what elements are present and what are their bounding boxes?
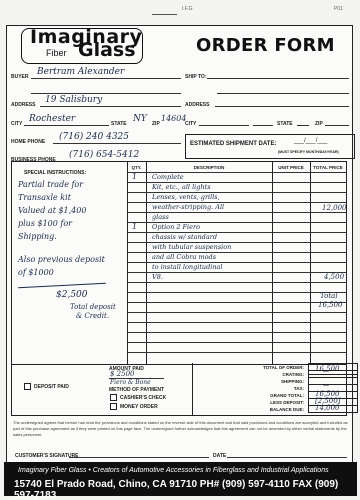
estimated-shipment-label: ESTIMATED SHIPMENT DATE: [190, 141, 276, 147]
total-price-header: TOTAL PRICE [310, 165, 346, 170]
item-1-qty: 1 [132, 172, 137, 181]
deposit-paid-label: DEPOSIT PAID [34, 384, 69, 390]
description-line: glass [152, 212, 224, 222]
ship-address-line[interactable] [215, 106, 349, 107]
ship-to-line[interactable] [207, 78, 349, 79]
description-line: chassis w/ standard [152, 232, 231, 242]
cashiers-check-checkbox[interactable] [110, 394, 117, 401]
special-instructions-text: Partial trade for Transaxle kit Valued a… [18, 178, 105, 279]
fax-mark [152, 14, 177, 15]
balance-due-value: 14,000 [315, 404, 340, 412]
date-line[interactable] [227, 457, 347, 458]
business-phone-field[interactable]: (716) 654-5412 [69, 150, 139, 160]
address-line [40, 106, 181, 107]
description-line: Complete [152, 172, 224, 182]
item-1-description: Complete Kit, etc., all lights Lenses, v… [152, 172, 224, 222]
city-label: CITY [11, 121, 22, 127]
buyer-name-field[interactable]: Bertram Alexander [37, 67, 124, 77]
ship-city-label: CITY [185, 121, 196, 127]
subtotal-value: 16,500 [318, 301, 343, 309]
logo-glass: Glass [78, 39, 136, 61]
qty-header: QTY. [127, 165, 146, 170]
item-2-qty: 1 [132, 222, 137, 231]
method-of-payment-label: METHOD OF PAYMENT [109, 387, 164, 393]
instruction-line: Partial trade for [18, 178, 105, 191]
description-line: weather-stripping. All [152, 202, 224, 212]
footer-tagline: Imaginary Fiber Glass • Creators of Auto… [18, 467, 329, 474]
ship-zip-label: ZIP [315, 121, 323, 127]
home-phone-line [53, 143, 181, 144]
balance-due-cell: 14,000 [308, 405, 358, 413]
deposit-paid-checkbox[interactable] [24, 383, 31, 390]
ship-state-line[interactable] [297, 125, 309, 126]
address-field[interactable]: 19 Salisbury [45, 95, 102, 105]
total-of-order-label: TOTAL OF ORDER: [234, 365, 304, 370]
state-label: STATE [111, 121, 127, 127]
row-line [127, 282, 346, 283]
amount-paid-note: Fiero & Bone [110, 379, 151, 386]
item-1-total: 12,000 [322, 204, 347, 212]
deposit-credit-note-2: & Credit. [76, 312, 109, 320]
row-line [127, 322, 346, 323]
order-form: Imaginary Fiber Glass ORDER FORM BUYER B… [6, 25, 353, 464]
description-line: Lenses, vents, grills, [152, 192, 224, 202]
instruction-spacer [18, 243, 105, 253]
description-line: and all Cobra mods [152, 252, 231, 262]
less-deposit-label: LESS DEPOSIT: [234, 400, 304, 405]
payment-divider [192, 363, 193, 415]
company-footer: Imaginary Fiber Glass • Creators of Auto… [4, 462, 357, 496]
city-field[interactable]: Rochester [29, 114, 75, 124]
instruction-line: Valued at $1,400 [18, 204, 105, 217]
company-logo: Imaginary Fiber Glass [21, 28, 143, 64]
estimated-shipment-field[interactable]: ___/___/___ [294, 138, 327, 144]
money-order-checkbox[interactable] [110, 403, 117, 410]
item-2-description: Option 2 Fiero chassis w/ standard with … [152, 222, 231, 282]
buyer-line-2 [31, 93, 181, 94]
row-line [127, 302, 346, 303]
city-line [24, 125, 109, 126]
balance-due-label: BALANCE DUE: [234, 407, 304, 412]
fax-page-number: P01 [334, 6, 343, 12]
fax-header: I.F.G. P01 [0, 4, 360, 16]
address-label: ADDRESS [11, 102, 35, 108]
shipping-label: SHIPPING: [234, 379, 304, 384]
crating-label: CRATING: [234, 372, 304, 377]
instruction-line: Shipping. [18, 230, 105, 243]
zip-label: ZIP [152, 121, 160, 127]
buyer-label: BUYER [11, 74, 29, 80]
deposit-credit-total: $2,500 [56, 290, 88, 300]
buyer-line [31, 78, 181, 79]
description-line: with tubular suspension [152, 242, 231, 252]
zip-field[interactable]: 14604 [161, 114, 186, 123]
cashiers-check-label: CASHIER'S CHECK [120, 395, 166, 401]
legal-terms: The undersigned agrees that he/she has r… [13, 420, 348, 438]
instruction-line: of $1000 [18, 266, 105, 279]
instruction-line: plus $100 for [18, 217, 105, 230]
crating-value: — [323, 368, 329, 375]
subtotal-label: Total [320, 292, 338, 300]
description-line: Option 2 Fiero [152, 222, 231, 232]
fax-sender-id: I.F.G. [182, 6, 194, 12]
date-label: DATE [213, 453, 226, 459]
deposit-credit-note-1: Total deposit [70, 303, 116, 311]
amount-paid-field[interactable]: $ 2500 [110, 370, 135, 378]
home-phone-field[interactable]: (716) 240 4325 [59, 132, 129, 142]
description-line: Kit, etc., all lights [152, 182, 224, 192]
tax-value: — [323, 382, 329, 389]
row-line [127, 332, 346, 333]
estimated-shipment-box: ESTIMATED SHIPMENT DATE: ___/___/___ (MU… [185, 134, 355, 159]
ship-city-line-2 [253, 125, 273, 126]
ship-city-line[interactable] [199, 125, 249, 126]
ship-state-label: STATE [277, 121, 293, 127]
tax-label: TAX: [234, 386, 304, 391]
row-line [127, 352, 346, 353]
ship-to-line-2[interactable] [217, 93, 349, 94]
description-line: to install longitudinal [152, 262, 231, 272]
description-line: V8. [152, 272, 231, 282]
logo-fiber: Fiber [46, 48, 67, 58]
estimated-shipment-note: (MUST SPECIFY MONTH/DAY/YEAR) [278, 150, 339, 154]
state-field[interactable]: NY [133, 114, 147, 124]
payment-section: DEPOSIT PAID AMOUNT PAID $ 2500 Fiero & … [11, 363, 347, 416]
row-line [127, 342, 346, 343]
footer-address: 15740 El Prado Road, Chino, CA 91710 PH#… [14, 479, 357, 500]
home-phone-label: HOME PHONE [11, 139, 45, 145]
items-table: SPECIAL INSTRUCTIONS: Partial trade for … [11, 161, 347, 365]
row-line [127, 312, 346, 313]
customer-signature-line[interactable] [69, 457, 209, 458]
money-order-label: MONEY ORDER [120, 404, 158, 410]
ship-zip-line[interactable] [325, 125, 349, 126]
page-title: ORDER FORM [196, 35, 335, 56]
underline [18, 283, 106, 289]
grand-total-label: GRAND TOTAL: [234, 393, 304, 398]
row-line [127, 292, 346, 293]
unit-price-header: UNIT PRICE [272, 165, 310, 170]
instruction-line: Transaxle kit [18, 191, 105, 204]
customer-signature-label: CUSTOMER'S SIGNATURE [15, 453, 79, 459]
special-instructions-label: SPECIAL INSTRUCTIONS: [24, 170, 86, 176]
item-2-total: 4,500 [324, 273, 344, 281]
ship-address-label: ADDRESS [185, 102, 209, 108]
ship-to-label: SHIP TO: [185, 74, 207, 80]
description-header: DESCRIPTION [146, 165, 272, 170]
instruction-line: Also previous deposit [18, 253, 105, 266]
